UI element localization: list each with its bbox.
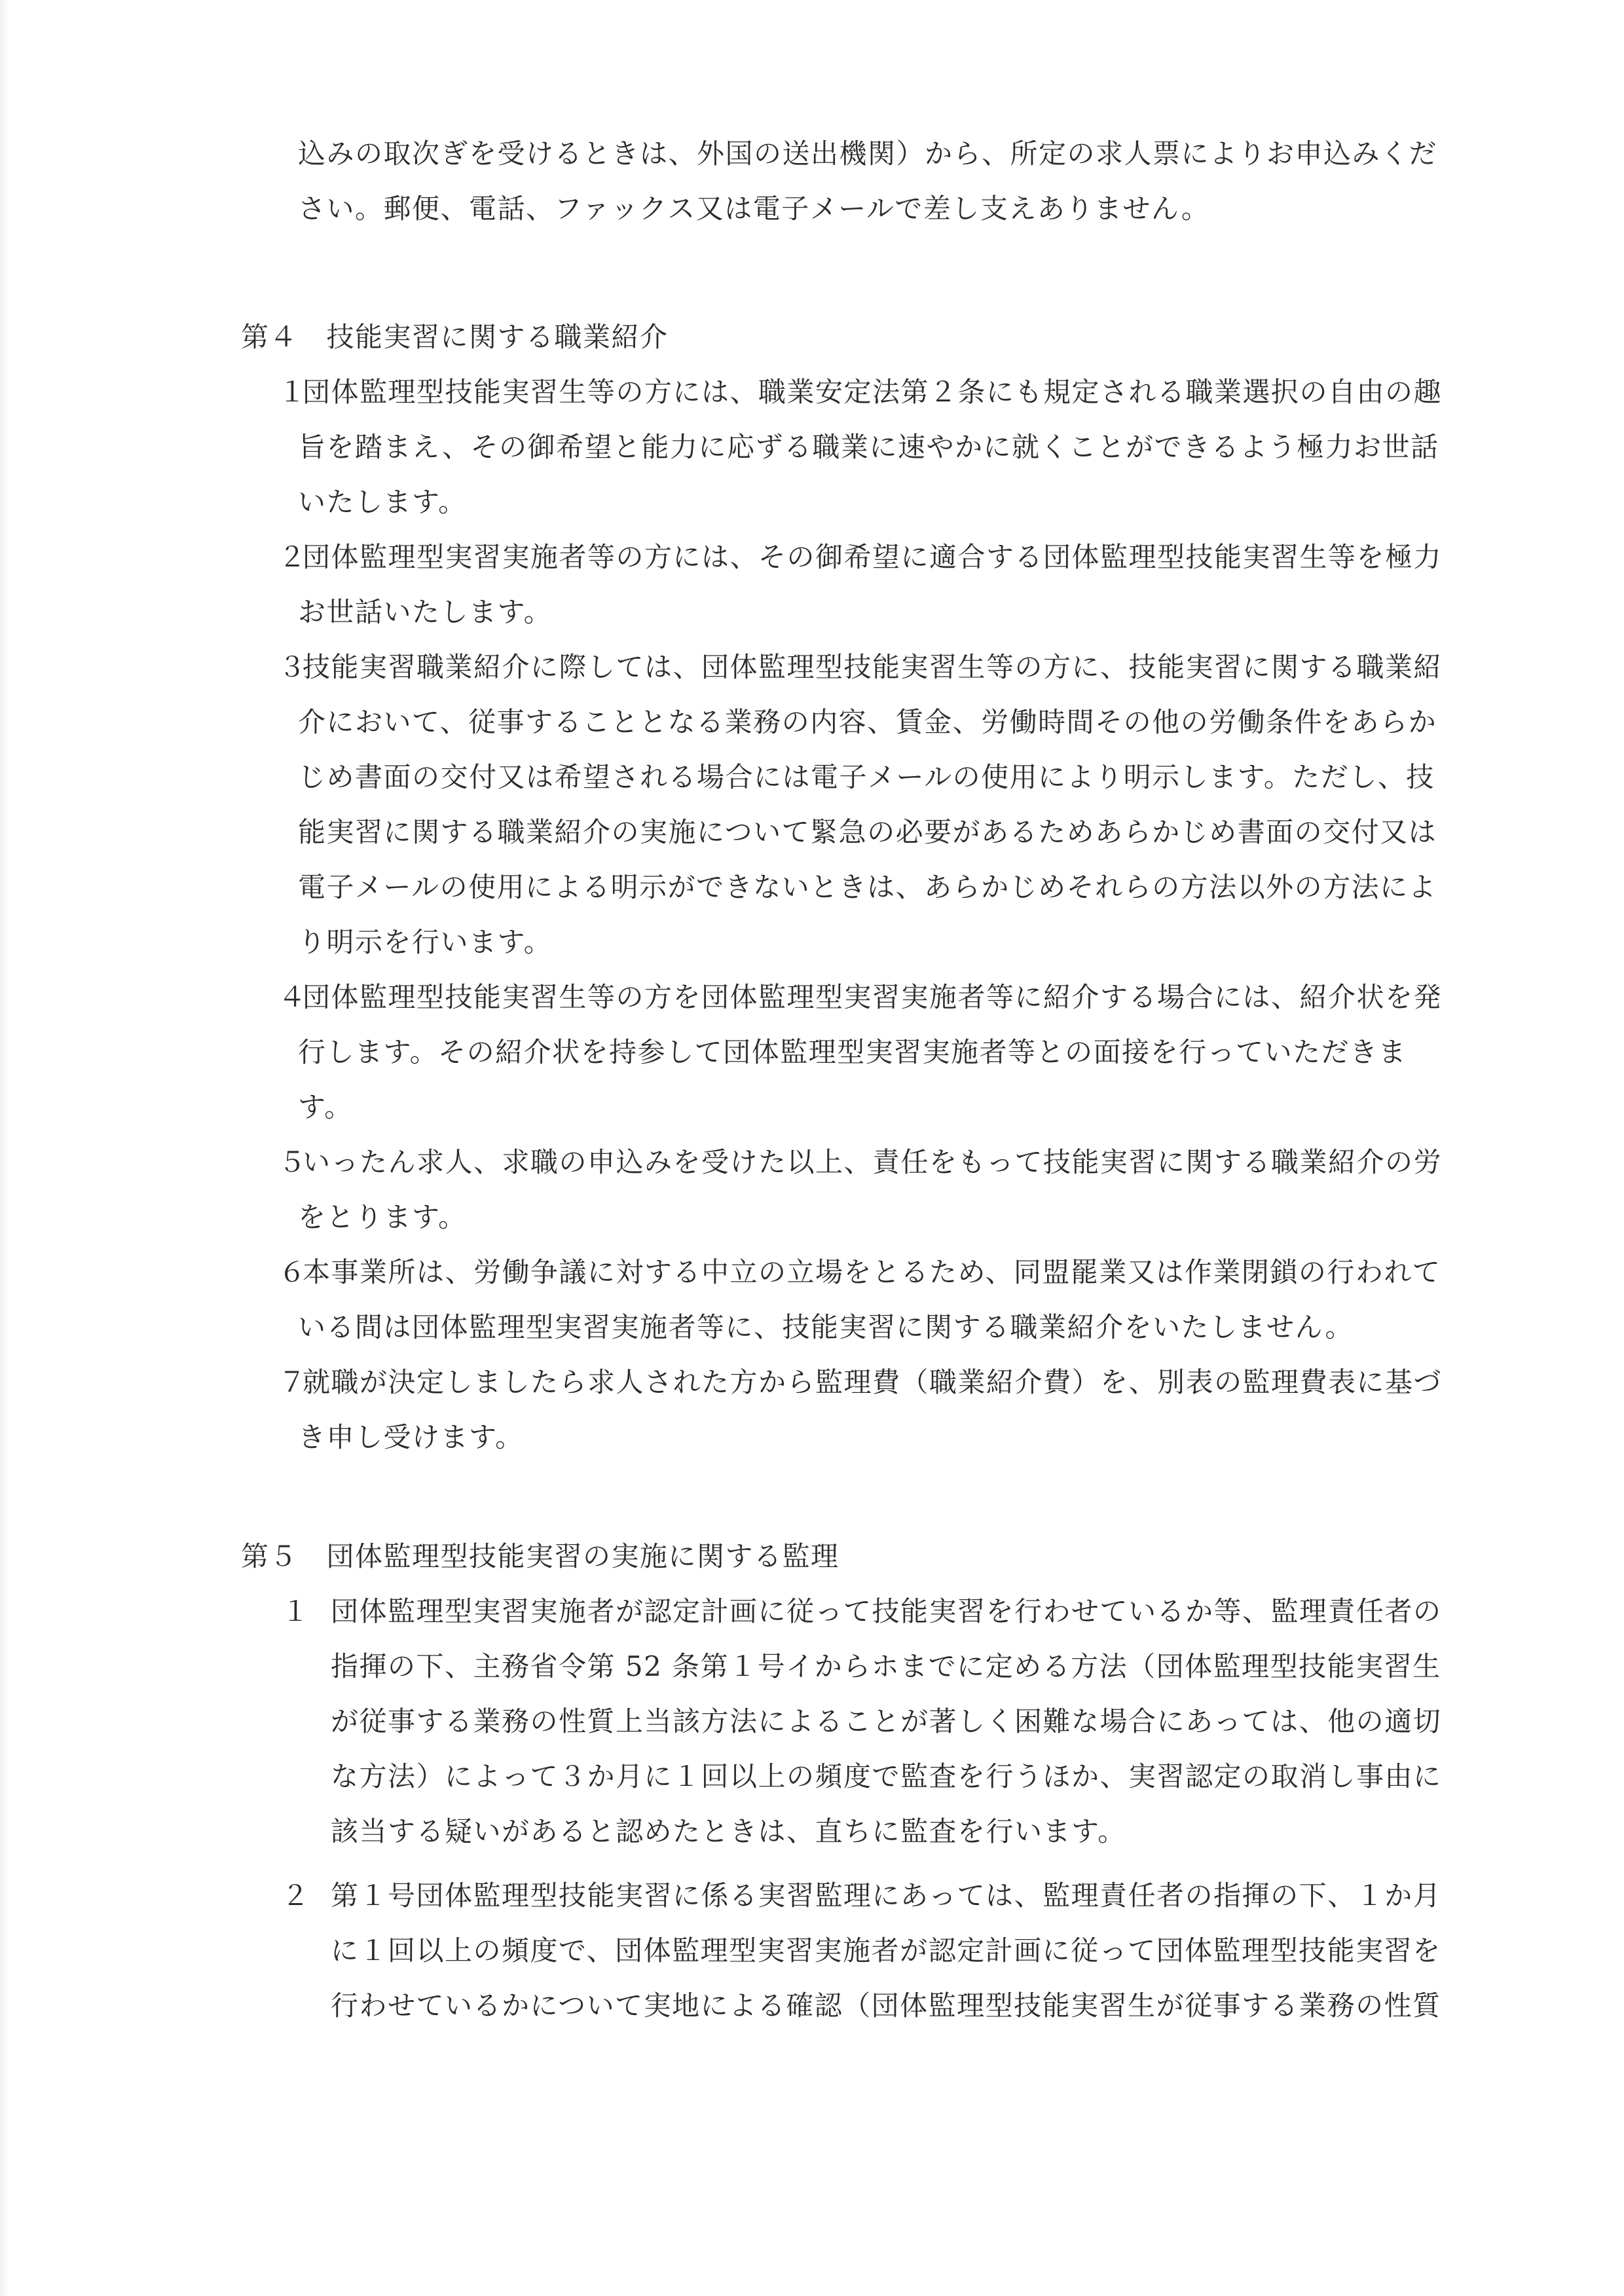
text-line: 本事業所は、労働争議に対する中立の立場をとるため、同盟罷業又は作業閉鎖の行われて: [303, 1256, 1441, 1289]
text-line: 電子メールの使用による明示ができないときは、あらかじめそれらの方法以外の方法によ: [298, 871, 1437, 904]
item-number: ７: [278, 1366, 306, 1399]
text-line: 団体監理型実習実施者等の方には、その御希望に適合する団体監理型技能実習生等を極力: [303, 541, 1442, 574]
item-number: ４: [278, 981, 306, 1014]
text-line: 就職が決定しましたら求人された方から監理費（職業紹介費）を、別表の監理費表に基づ: [303, 1366, 1442, 1399]
item-number: ５: [278, 1146, 306, 1179]
text-line: 能実習に関する職業紹介の実施について緊急の必要があるためあらかじめ書面の交付又は: [298, 816, 1437, 849]
text-line: 第１号団体監理型技能実習に係る実習監理にあっては、監理責任者の指揮の下、１か月: [331, 1879, 1441, 1912]
text-line: が従事する業務の性質上当該方法によることが著しく困難な場合にあっては、他の適切: [331, 1705, 1441, 1738]
item-number: ３: [278, 651, 306, 684]
text-line: な方法）によって３か月に１回以上の頻度で監査を行うほか、実習認定の取消し事由に: [331, 1760, 1442, 1793]
text-line: 技能実習職業紹介に際しては、団体監理型技能実習生等の方に、技能実習に関する職業紹: [303, 651, 1442, 684]
text-line: 行します。その紹介状を持参して団体監理型実習実施者等との面接を行っていただきま: [298, 1036, 1407, 1069]
text-line: り明示を行います。: [298, 926, 552, 959]
item-number: ２: [282, 1879, 309, 1912]
item-number: １: [278, 376, 306, 409]
text-line: 旨を踏まえ、その御希望と能力に応ずる職業に速やかに就くことができるよう極力お世話: [298, 431, 1439, 464]
text-line: 団体監理型実習実施者が認定計画に従って技能実習を行わせているか等、監理責任者の: [331, 1595, 1442, 1628]
text-line: 行わせているかについて実地による確認（団体監理型技能実習生が従事する業務の性質: [331, 1990, 1441, 2022]
text-line: いったん求人、求職の申込みを受けた以上、責任をもって技能実習に関する職業紹介の労: [303, 1146, 1442, 1179]
item-number: ２: [278, 541, 306, 574]
text-line: をとります。: [298, 1201, 467, 1234]
text-line: いたします。: [298, 486, 467, 519]
text-line: 団体監理型技能実習生等の方には、職業安定法第２条にも規定される職業選択の自由の趣: [303, 376, 1442, 409]
text-line: す。: [298, 1091, 353, 1124]
text-line: お世話いたします。: [298, 596, 552, 629]
scan-edge-shadow: [0, 0, 9, 2296]
item-number: ６: [278, 1256, 306, 1289]
text-line: き申し受けます。: [298, 1421, 524, 1454]
text-line: じめ書面の交付又は希望される場合には電子メールの使用により明示します。ただし、技: [298, 761, 1435, 794]
text-line: 指揮の下、主務省令第 52 条第１号イからホまでに定める方法（団体監理型技能実習…: [331, 1650, 1441, 1683]
text-line: 該当する疑いがあると認めたときは、直ちに監査を行います。: [331, 1815, 1126, 1848]
text-line: 込みの取次ぎを受けるときは、外国の送出機関）から、所定の求人票によりお申込みくだ: [298, 138, 1437, 170]
text-line: さい。郵便、電話、ファックス又は電子メールで差し支えありません。: [298, 193, 1209, 225]
text-line: 介において、従事することとなる業務の内容、賃金、労働時間その他の労働条件をあらか: [298, 706, 1437, 739]
section-heading: 第５ 団体監理型技能実習の実施に関する監理: [241, 1540, 840, 1573]
text-line: いる間は団体監理型実習実施者等に、技能実習に関する職業紹介をいたしません。: [298, 1311, 1354, 1344]
item-number: １: [282, 1595, 309, 1628]
text-line: 団体監理型技能実習生等の方を団体監理型実習実施者等に紹介する場合には、紹介状を発: [303, 981, 1442, 1014]
section-heading: 第４ 技能実習に関する職業紹介: [241, 321, 669, 354]
text-line: に１回以上の頻度で、団体監理型実習実施者が認定計画に従って団体監理型技能実習を: [331, 1935, 1441, 1967]
